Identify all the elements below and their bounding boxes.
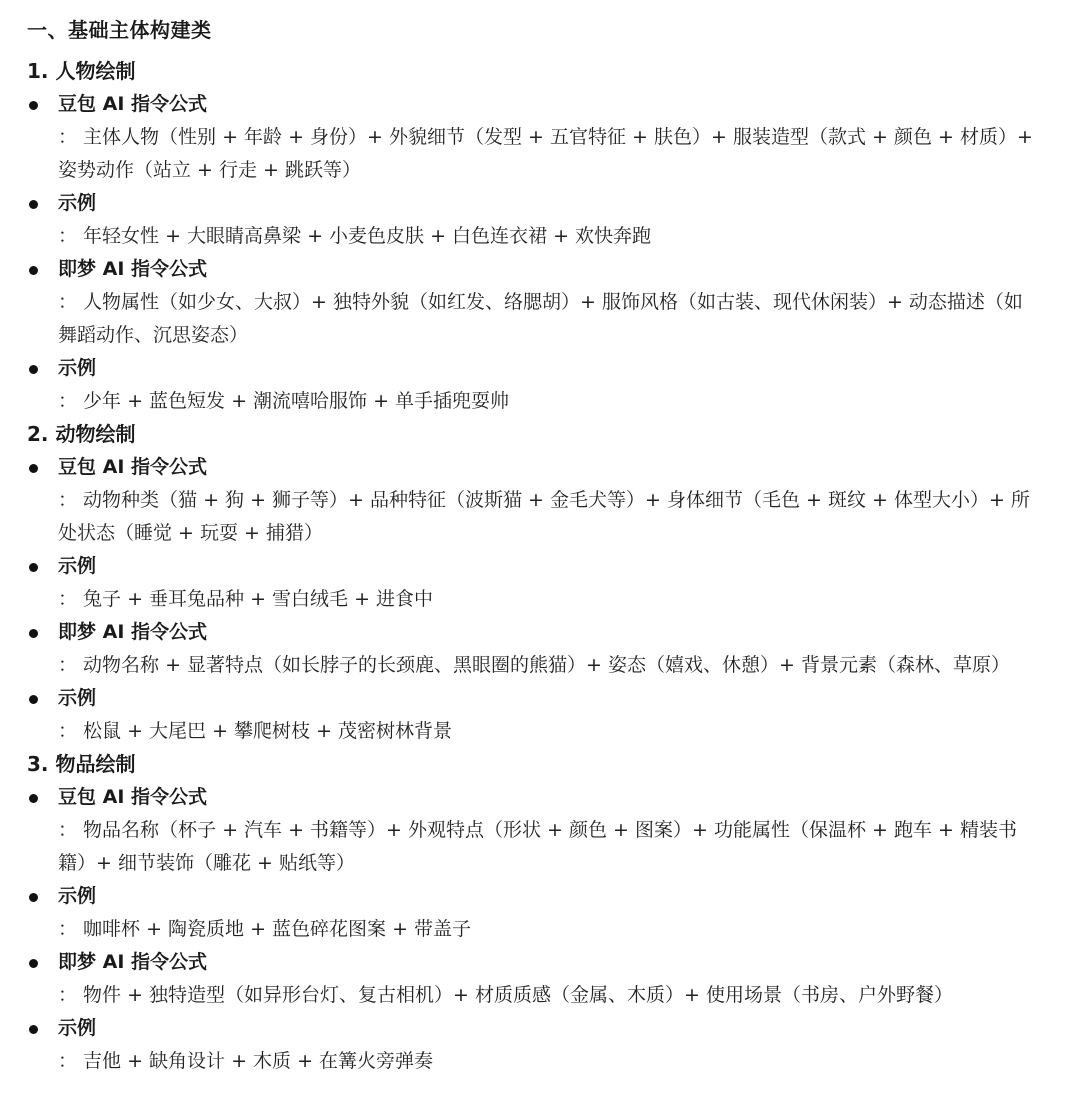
item-label: 豆包 AI 指令公式 (58, 451, 1053, 484)
item-label: 豆包 AI 指令公式 (58, 88, 1053, 121)
item-label: 示例 (58, 880, 1053, 913)
item-label: 示例 (58, 352, 1053, 385)
list-item: 豆包 AI 指令公式 ： 物品名称（杯子 + 汽车 + 书籍等）+ 外观特点（形… (27, 781, 1053, 880)
bullet-icon (29, 101, 38, 110)
list-item: 示例 ： 兔子 + 垂耳兔品种 + 雪白绒毛 + 进食中 (27, 550, 1053, 616)
item-body: ： 动物名称 + 显著特点（如长脖子的长颈鹿、黑眼圈的熊猫）+ 姿态（嬉戏、休憩… (58, 649, 1053, 682)
list-item: 示例 ： 吉他 + 缺角设计 + 木质 + 在篝火旁弹奏 (27, 1012, 1053, 1078)
item-label: 豆包 AI 指令公式 (58, 781, 1053, 814)
list-item: 即梦 AI 指令公式 ： 物件 + 独特造型（如异形台灯、复古相机）+ 材质质感… (27, 946, 1053, 1012)
list-item: 示例 ： 松鼠 + 大尾巴 + 攀爬树枝 + 茂密树林背景 (27, 682, 1053, 748)
item-body: ： 兔子 + 垂耳兔品种 + 雪白绒毛 + 进食中 (58, 583, 1053, 616)
list-item: 示例 ： 年轻女性 + 大眼睛高鼻梁 + 小麦色皮肤 + 白色连衣裙 + 欢快奔… (27, 187, 1053, 253)
list-item: 即梦 AI 指令公式 ： 人物属性（如少女、大叔）+ 独特外貌（如红发、络腮胡）… (27, 253, 1053, 352)
section-object-drawing: 3. 物品绘制 豆包 AI 指令公式 ： 物品名称（杯子 + 汽车 + 书籍等）… (27, 748, 1053, 1078)
bullet-icon (29, 794, 38, 803)
section-heading: 1. 人物绘制 (27, 55, 1053, 88)
section-character-drawing: 1. 人物绘制 豆包 AI 指令公式 ： 主体人物（性别 + 年龄 + 身份）+… (27, 55, 1053, 418)
bullet-icon (29, 464, 38, 473)
item-label: 即梦 AI 指令公式 (58, 946, 1053, 979)
section-animal-drawing: 2. 动物绘制 豆包 AI 指令公式 ： 动物种类（猫 + 狗 + 狮子等）+ … (27, 418, 1053, 748)
bullet-icon (29, 200, 38, 209)
bullet-icon (29, 959, 38, 968)
item-label: 示例 (58, 682, 1053, 715)
bullet-icon (29, 365, 38, 374)
item-body: ： 人物属性（如少女、大叔）+ 独特外貌（如红发、络腮胡）+ 服饰风格（如古装、… (58, 286, 1053, 352)
item-body: ： 吉他 + 缺角设计 + 木质 + 在篝火旁弹奏 (58, 1045, 1053, 1078)
item-body: ： 松鼠 + 大尾巴 + 攀爬树枝 + 茂密树林背景 (58, 715, 1053, 748)
bullet-icon (29, 563, 38, 572)
list-item: 豆包 AI 指令公式 ： 动物种类（猫 + 狗 + 狮子等）+ 品种特征（波斯猫… (27, 451, 1053, 550)
item-body: ： 主体人物（性别 + 年龄 + 身份）+ 外貌细节（发型 + 五官特征 + 肤… (58, 121, 1053, 187)
item-label: 示例 (58, 1012, 1053, 1045)
section-heading: 3. 物品绘制 (27, 748, 1053, 781)
item-body: ： 物品名称（杯子 + 汽车 + 书籍等）+ 外观特点（形状 + 颜色 + 图案… (58, 814, 1053, 880)
item-body: ： 少年 + 蓝色短发 + 潮流嘻哈服饰 + 单手插兜耍帅 (58, 385, 1053, 418)
item-body: ： 年轻女性 + 大眼睛高鼻梁 + 小麦色皮肤 + 白色连衣裙 + 欢快奔跑 (58, 220, 1053, 253)
item-label: 即梦 AI 指令公式 (58, 253, 1053, 286)
main-title: 一、基础主体构建类 (27, 14, 1053, 47)
item-label: 示例 (58, 550, 1053, 583)
list-item: 即梦 AI 指令公式 ： 动物名称 + 显著特点（如长脖子的长颈鹿、黑眼圈的熊猫… (27, 616, 1053, 682)
item-body: ： 物件 + 独特造型（如异形台灯、复古相机）+ 材质质感（金属、木质）+ 使用… (58, 979, 1053, 1012)
list-item: 示例 ： 少年 + 蓝色短发 + 潮流嘻哈服饰 + 单手插兜耍帅 (27, 352, 1053, 418)
bullet-icon (29, 893, 38, 902)
item-label: 即梦 AI 指令公式 (58, 616, 1053, 649)
list-item: 示例 ： 咖啡杯 + 陶瓷质地 + 蓝色碎花图案 + 带盖子 (27, 880, 1053, 946)
bullet-icon (29, 266, 38, 275)
bullet-icon (29, 1025, 38, 1034)
item-body: ： 动物种类（猫 + 狗 + 狮子等）+ 品种特征（波斯猫 + 金毛犬等）+ 身… (58, 484, 1053, 550)
list-item: 豆包 AI 指令公式 ： 主体人物（性别 + 年龄 + 身份）+ 外貌细节（发型… (27, 88, 1053, 187)
item-label: 示例 (58, 187, 1053, 220)
document-page: 一、基础主体构建类 1. 人物绘制 豆包 AI 指令公式 ： 主体人物（性别 +… (0, 0, 1053, 1078)
bullet-icon (29, 695, 38, 704)
bullet-icon (29, 629, 38, 638)
section-heading: 2. 动物绘制 (27, 418, 1053, 451)
item-body: ： 咖啡杯 + 陶瓷质地 + 蓝色碎花图案 + 带盖子 (58, 913, 1053, 946)
